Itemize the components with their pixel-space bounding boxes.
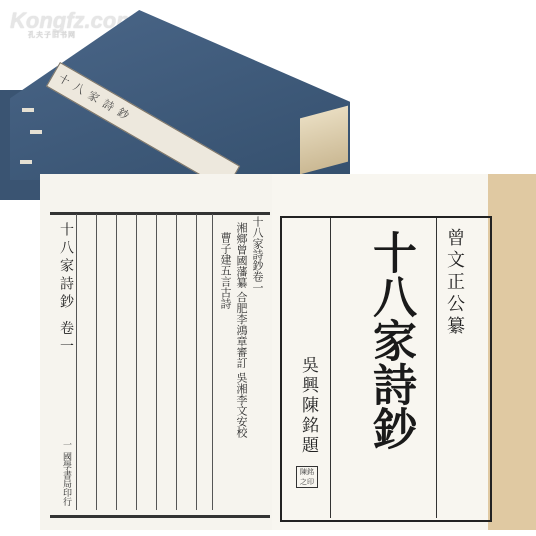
seal-stamp: 陳銘之印: [296, 466, 318, 488]
title-page-rule: [436, 218, 437, 518]
content-footer: 一 國學書局印行: [58, 440, 73, 506]
column-rule: [76, 214, 77, 510]
aged-next-page: [488, 174, 536, 530]
calligrapher-credit: 吳興陳銘題: [296, 356, 321, 456]
content-section: 曹子建五言古詩: [218, 232, 233, 309]
column-rule: [196, 214, 197, 510]
column-rule: [116, 214, 117, 510]
book-title: 十八家詩鈔: [360, 230, 420, 450]
compiler-credit: 曾文正公纂: [441, 228, 467, 338]
column-rule: [136, 214, 137, 510]
binding-stitch: [22, 108, 34, 112]
content-subheading: 湘鄉曾國藩纂 合肥李鴻章審訂 吳湘李文安校: [234, 222, 249, 482]
column-rule: [156, 214, 157, 510]
content-spine-text: 十八家詩鈔 卷一: [56, 222, 76, 356]
content-heading: 十八家詩鈔卷一: [250, 216, 265, 293]
column-rule: [176, 214, 177, 510]
binding-stitch: [30, 130, 42, 134]
column-rule: [212, 214, 213, 510]
title-page-rule: [330, 218, 331, 518]
column-rule: [96, 214, 97, 510]
binding-stitch: [20, 160, 32, 164]
